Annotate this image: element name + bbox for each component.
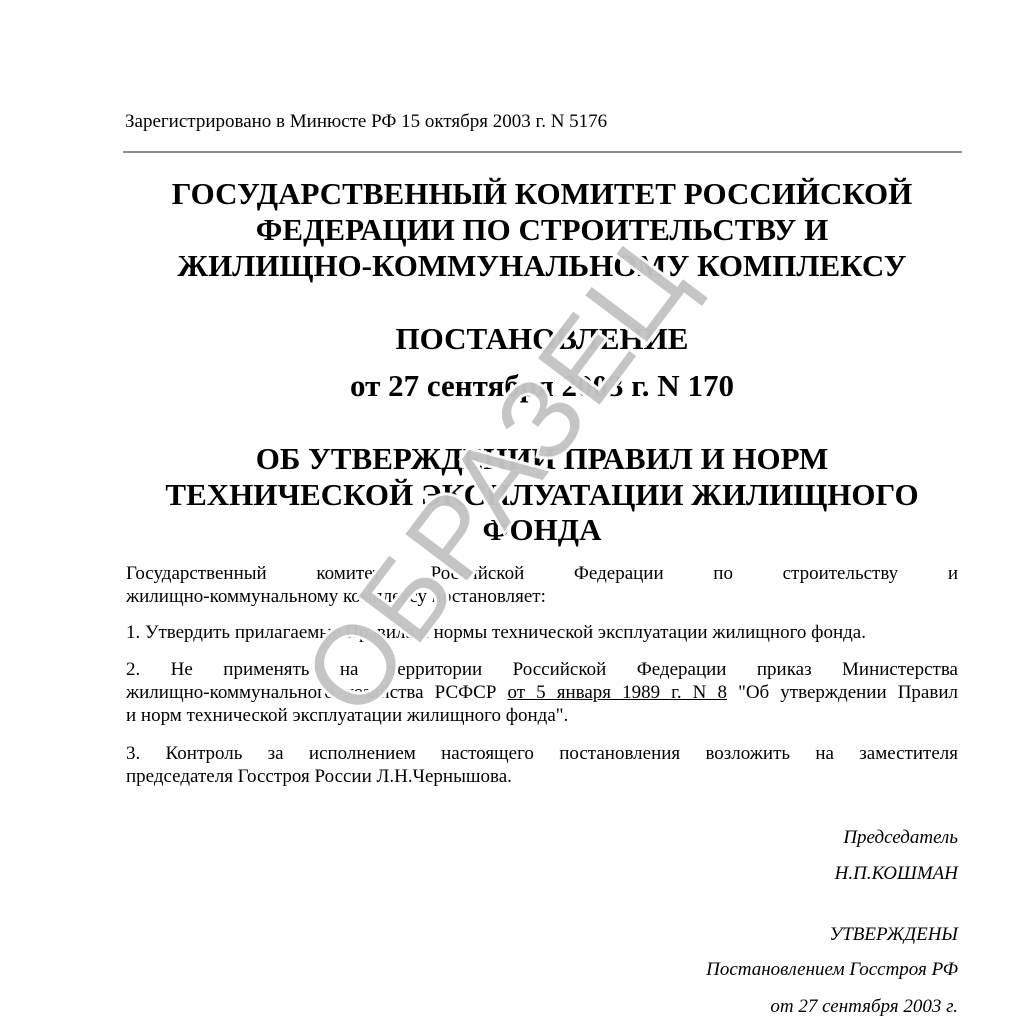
item-3-line: председателя Госстроя России Л.Н.Чернышо… xyxy=(126,765,958,788)
organization-line: ЖИЛИЩНО-КОММУНАЛЬНОМУ КОМПЛЕКСУ xyxy=(126,248,958,284)
registration-note: Зарегистрировано в Минюсте РФ 15 октября… xyxy=(125,110,607,134)
subject-line: ТЕХНИЧЕСКОЙ ЭКСПЛУАТАЦИИ ЖИЛИЩНОГО xyxy=(126,477,958,513)
approval-date: от 27 сентября 2003 г. xyxy=(770,995,958,1019)
item-2-line: 2. Не применять на территории Российской… xyxy=(126,658,958,681)
approval-authority: Постановлением Госстроя РФ xyxy=(706,958,958,982)
item-2-line: жилищно-коммунального хозяйства РСФСР от… xyxy=(126,681,958,704)
item-2-text: "Об утверждении Правил xyxy=(727,682,958,703)
header-divider xyxy=(123,151,962,153)
signatory-name: Н.П.КОШМАН xyxy=(835,862,958,886)
document-page: Зарегистрировано в Минюсте РФ 15 октября… xyxy=(0,0,1024,1020)
approval-label: УТВЕРЖДЕНЫ xyxy=(829,923,958,947)
item-2-text: жилищно-коммунального хозяйства РСФСР xyxy=(126,682,507,703)
item-2-line: и норм технической эксплуатации жилищног… xyxy=(126,704,958,727)
organization-line: ФЕДЕРАЦИИ ПО СТРОИТЕЛЬСТВУ И xyxy=(126,212,958,248)
issuing-organization: ГОСУДАРСТВЕННЫЙ КОМИТЕТ РОССИЙСКОЙ ФЕДЕР… xyxy=(126,176,958,284)
item-1-text: 1. Утвердить прилагаемые Правила и нормы… xyxy=(126,621,958,644)
item-3-line: 3. Контроль за исполнением настоящего по… xyxy=(126,742,958,765)
document-subject: ОБ УТВЕРЖДЕНИИ ПРАВИЛ И НОРМ ТЕХНИЧЕСКОЙ… xyxy=(126,441,958,548)
subject-line: ОБ УТВЕРЖДЕНИИ ПРАВИЛ И НОРМ xyxy=(126,441,958,477)
intro-line: Государственный комитет Российской Федер… xyxy=(126,562,958,585)
document-date: от 27 сентября 2003 г. N 170 xyxy=(126,368,958,404)
order-1989-link[interactable]: от 5 января 1989 г. N 8 xyxy=(507,682,727,703)
subject-line: ФОНДА xyxy=(126,512,958,548)
item-1-paragraph: 1. Утвердить прилагаемые Правила и нормы… xyxy=(126,621,958,644)
item-3-paragraph: 3. Контроль за исполнением настоящего по… xyxy=(126,742,958,788)
item-2-paragraph: 2. Не применять на территории Российской… xyxy=(126,658,958,727)
intro-line: жилищно-коммунальному комплексу постанов… xyxy=(126,585,958,608)
intro-paragraph: Государственный комитет Российской Федер… xyxy=(126,562,958,608)
signatory-title: Председатель xyxy=(843,826,958,850)
document-type: ПОСТАНОВЛЕНИЕ xyxy=(126,321,958,357)
organization-line: ГОСУДАРСТВЕННЫЙ КОМИТЕТ РОССИЙСКОЙ xyxy=(126,176,958,212)
